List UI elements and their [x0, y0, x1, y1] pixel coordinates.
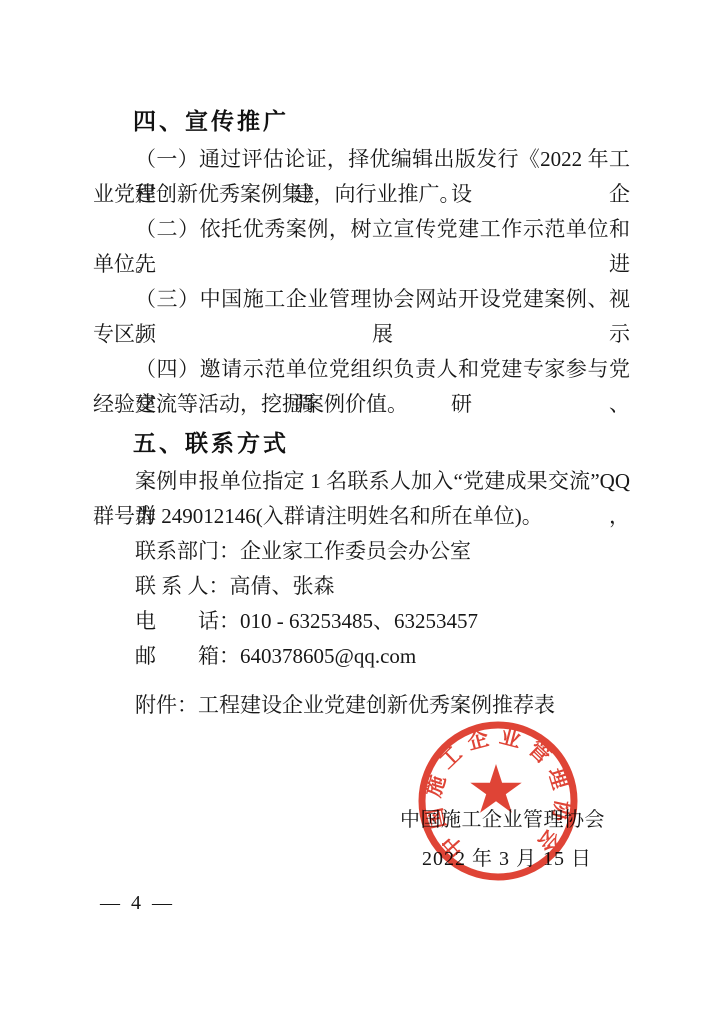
contact-line-person: 联 系 人：高倩、张森 [93, 569, 630, 604]
section-heading-promotion: 四、宣传推广 [93, 100, 630, 142]
official-seal: 中国施工企业管理协会 [411, 714, 585, 888]
contact-line-phone: 电 话：010 - 63253485、63253457 [93, 604, 630, 639]
paragraph-line: （二）依托优秀案例，树立宣传党建工作示范单位和先进 [93, 212, 630, 247]
paragraph-line: 案例申报单位指定 1 名联系人加入“党建成果交流”QQ 群， [93, 464, 630, 499]
document-body: 四、宣传推广 （一）通过评估论证，择优编辑出版发行《2022 年工程建设企 业党… [93, 100, 630, 723]
paragraph-line: （一）通过评估论证，择优编辑出版发行《2022 年工程建设企 [93, 142, 630, 177]
contact-line-department: 联系部门：企业家工作委员会办公室 [93, 534, 630, 569]
seal-star-icon [470, 764, 521, 813]
section-heading-contact: 五、联系方式 [93, 422, 630, 464]
paragraph-line: （三）中国施工企业管理协会网站开设党建案例、视频展示 [93, 282, 630, 317]
paragraph-line: （四）邀请示范单位党组织负责人和党建专家参与党建调研、 [93, 352, 630, 387]
contact-line-email: 邮 箱：640378605@qq.com [93, 639, 630, 674]
document-page: 四、宣传推广 （一）通过评估论证，择优编辑出版发行《2022 年工程建设企 业党… [0, 0, 723, 1024]
page-number: — 4 — [100, 892, 175, 915]
